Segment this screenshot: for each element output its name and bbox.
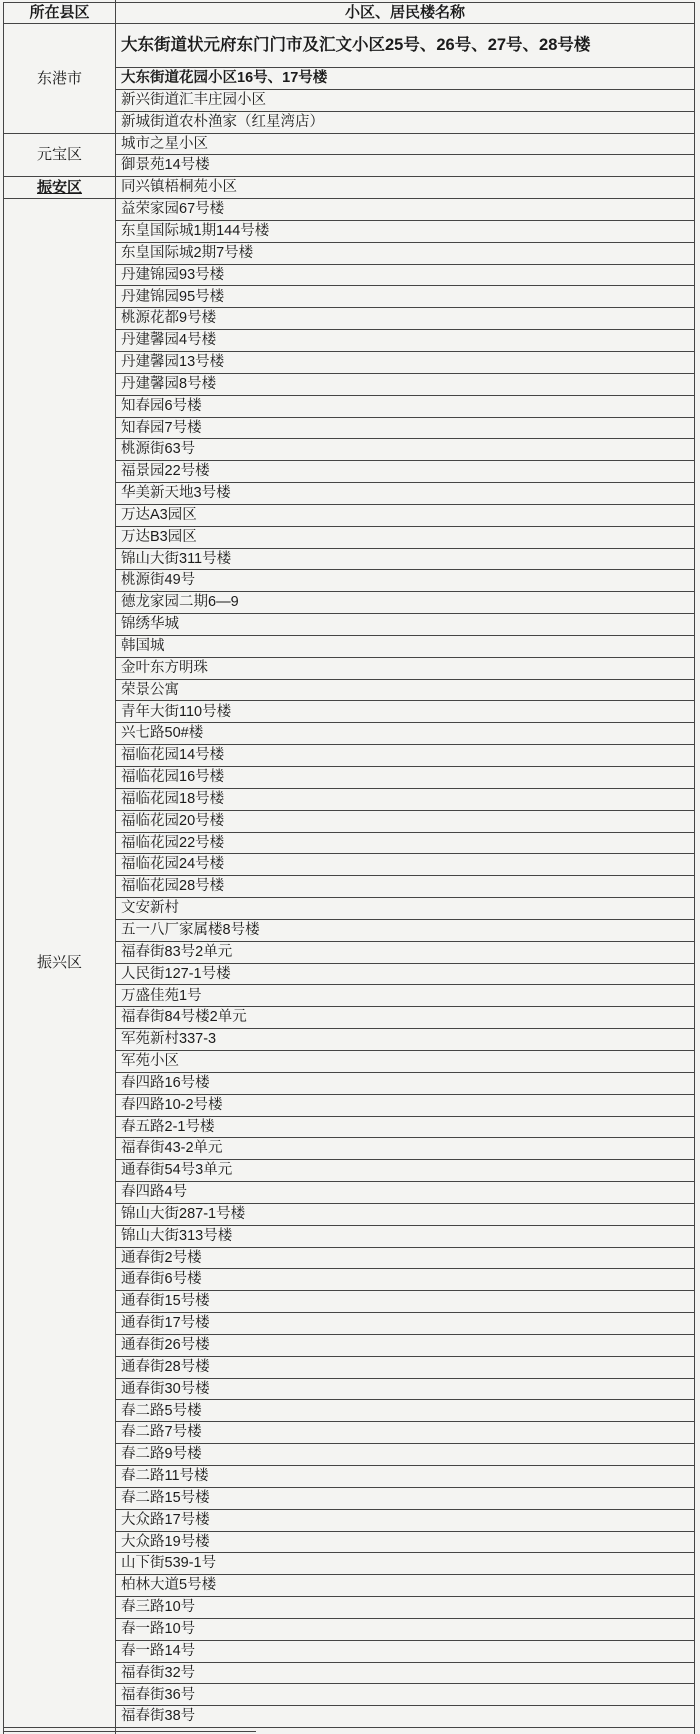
building-cell: 福临花园16号楼 bbox=[116, 767, 695, 789]
header-building-column: 小区、居民楼名称 bbox=[116, 3, 695, 24]
header-district-column: 所在县区 bbox=[4, 3, 116, 24]
building-cell: 丹建锦园93号楼 bbox=[116, 264, 695, 286]
building-cell: 春一路10号 bbox=[116, 1618, 695, 1640]
table-body: 东港市大东街道状元府东门门市及汇文小区25号、26号、27号、28号楼大东街道花… bbox=[4, 24, 695, 1728]
building-cell: 福春街84号楼2单元 bbox=[116, 1007, 695, 1029]
building-cell: 同兴镇梧桐苑小区 bbox=[116, 177, 695, 199]
building-cell: 福春街32号 bbox=[116, 1662, 695, 1684]
building-cell: 军苑新村337-3 bbox=[116, 1029, 695, 1051]
building-cell: 东皇国际城2期7号楼 bbox=[116, 242, 695, 264]
building-cell: 锦山大街287-1号楼 bbox=[116, 1203, 695, 1225]
building-cell: 大众路19号楼 bbox=[116, 1531, 695, 1553]
building-cell: 新城街道农朴渔家（红星湾店） bbox=[116, 111, 695, 133]
building-cell: 五一八厂家属楼8号楼 bbox=[116, 919, 695, 941]
table-header: 所在县区 小区、居民楼名称 bbox=[4, 3, 695, 24]
building-cell: 新兴街道汇丰庄园小区 bbox=[116, 89, 695, 111]
building-cell: 福春街83号2单元 bbox=[116, 941, 695, 963]
building-cell: 军苑小区 bbox=[116, 1050, 695, 1072]
building-cell: 福春街38号 bbox=[116, 1706, 695, 1728]
building-cell: 柏林大道5号楼 bbox=[116, 1575, 695, 1597]
bottom-left-border-artifact bbox=[3, 1731, 256, 1732]
building-cell: 福临花园20号楼 bbox=[116, 810, 695, 832]
building-cell: 锦绣华城 bbox=[116, 614, 695, 636]
building-cell: 大众路17号楼 bbox=[116, 1509, 695, 1531]
table-row: 振兴区益荣家园67号楼 bbox=[4, 199, 695, 221]
building-cell: 福景园22号楼 bbox=[116, 461, 695, 483]
district-cell: 元宝区 bbox=[4, 133, 116, 177]
building-cell: 通春街30号楼 bbox=[116, 1378, 695, 1400]
table-row: 元宝区城市之星小区 bbox=[4, 133, 695, 155]
building-cell: 通春街2号楼 bbox=[116, 1247, 695, 1269]
building-cell: 桃源花都9号楼 bbox=[116, 308, 695, 330]
building-cell: 春一路14号 bbox=[116, 1640, 695, 1662]
building-cell: 万达A3园区 bbox=[116, 504, 695, 526]
building-cell: 青年大街110号楼 bbox=[116, 701, 695, 723]
building-cell: 兴七路50#楼 bbox=[116, 723, 695, 745]
building-cell: 福春街43-2单元 bbox=[116, 1138, 695, 1160]
building-cell: 通春街26号楼 bbox=[116, 1334, 695, 1356]
column-divider-top-sliver bbox=[115, 0, 116, 3]
building-cell: 春二路9号楼 bbox=[116, 1444, 695, 1466]
building-cell: 桃源街63号 bbox=[116, 439, 695, 461]
building-cell: 丹建锦园95号楼 bbox=[116, 286, 695, 308]
building-cell: 春二路7号楼 bbox=[116, 1422, 695, 1444]
building-cell: 春四路10-2号楼 bbox=[116, 1094, 695, 1116]
building-cell: 城市之星小区 bbox=[116, 133, 695, 155]
building-cell: 春二路15号楼 bbox=[116, 1487, 695, 1509]
building-cell: 福春街36号 bbox=[116, 1684, 695, 1706]
building-cell: 丹建馨园4号楼 bbox=[116, 330, 695, 352]
building-cell: 金叶东方明珠 bbox=[116, 657, 695, 679]
building-cell: 丹建馨园13号楼 bbox=[116, 351, 695, 373]
building-cell: 桃源街49号 bbox=[116, 570, 695, 592]
district-cell: 东港市 bbox=[4, 24, 116, 134]
building-cell: 万达B3园区 bbox=[116, 526, 695, 548]
building-cell: 知春园6号楼 bbox=[116, 395, 695, 417]
building-cell: 锦山大街311号楼 bbox=[116, 548, 695, 570]
building-cell: 锦山大街313号楼 bbox=[116, 1225, 695, 1247]
building-cell: 万盛佳苑1号 bbox=[116, 985, 695, 1007]
building-cell: 知春园7号楼 bbox=[116, 417, 695, 439]
district-cell: 振安区 bbox=[4, 177, 116, 199]
building-cell: 通春街15号楼 bbox=[116, 1291, 695, 1313]
building-cell: 春四路16号楼 bbox=[116, 1072, 695, 1094]
building-cell: 通春街17号楼 bbox=[116, 1313, 695, 1335]
building-cell: 通春街6号楼 bbox=[116, 1269, 695, 1291]
building-cell: 福临花园24号楼 bbox=[116, 854, 695, 876]
building-cell: 大东街道状元府东门门市及汇文小区25号、26号、27号、28号楼 bbox=[116, 24, 695, 68]
building-cell: 丹建馨园8号楼 bbox=[116, 373, 695, 395]
lockdown-area-table: 所在县区 小区、居民楼名称 东港市大东街道状元府东门门市及汇文小区25号、26号… bbox=[3, 2, 695, 1728]
building-cell: 东皇国际城1期144号楼 bbox=[116, 220, 695, 242]
building-cell: 华美新天地3号楼 bbox=[116, 483, 695, 505]
building-cell: 大东街道花园小区16号、17号楼 bbox=[116, 68, 695, 90]
building-cell: 春五路2-1号楼 bbox=[116, 1116, 695, 1138]
building-cell: 益荣家园67号楼 bbox=[116, 199, 695, 221]
building-cell: 福临花园18号楼 bbox=[116, 788, 695, 810]
building-cell: 人民街127-1号楼 bbox=[116, 963, 695, 985]
building-cell: 通春街28号楼 bbox=[116, 1356, 695, 1378]
header-row: 所在县区 小区、居民楼名称 bbox=[4, 3, 695, 24]
building-cell: 春二路5号楼 bbox=[116, 1400, 695, 1422]
building-cell: 福临花园28号楼 bbox=[116, 876, 695, 898]
table-right-bottom-sliver bbox=[694, 1728, 695, 1734]
building-cell: 春三路10号 bbox=[116, 1597, 695, 1619]
building-cell: 荣景公寓 bbox=[116, 679, 695, 701]
building-cell: 福临花园14号楼 bbox=[116, 745, 695, 767]
district-cell: 振兴区 bbox=[4, 199, 116, 1728]
building-cell: 春二路11号楼 bbox=[116, 1466, 695, 1488]
building-cell: 春四路4号 bbox=[116, 1182, 695, 1204]
building-cell: 韩国城 bbox=[116, 635, 695, 657]
building-cell: 通春街54号3单元 bbox=[116, 1160, 695, 1182]
building-cell: 御景苑14号楼 bbox=[116, 155, 695, 177]
building-cell: 山下街539-1号 bbox=[116, 1553, 695, 1575]
table-row: 东港市大东街道状元府东门门市及汇文小区25号、26号、27号、28号楼 bbox=[4, 24, 695, 68]
page: 所在县区 小区、居民楼名称 东港市大东街道状元府东门门市及汇文小区25号、26号… bbox=[0, 0, 700, 1734]
building-cell: 文安新村 bbox=[116, 898, 695, 920]
table-row: 振安区同兴镇梧桐苑小区 bbox=[4, 177, 695, 199]
building-cell: 福临花园22号楼 bbox=[116, 832, 695, 854]
building-cell: 德龙家园二期6—9 bbox=[116, 592, 695, 614]
